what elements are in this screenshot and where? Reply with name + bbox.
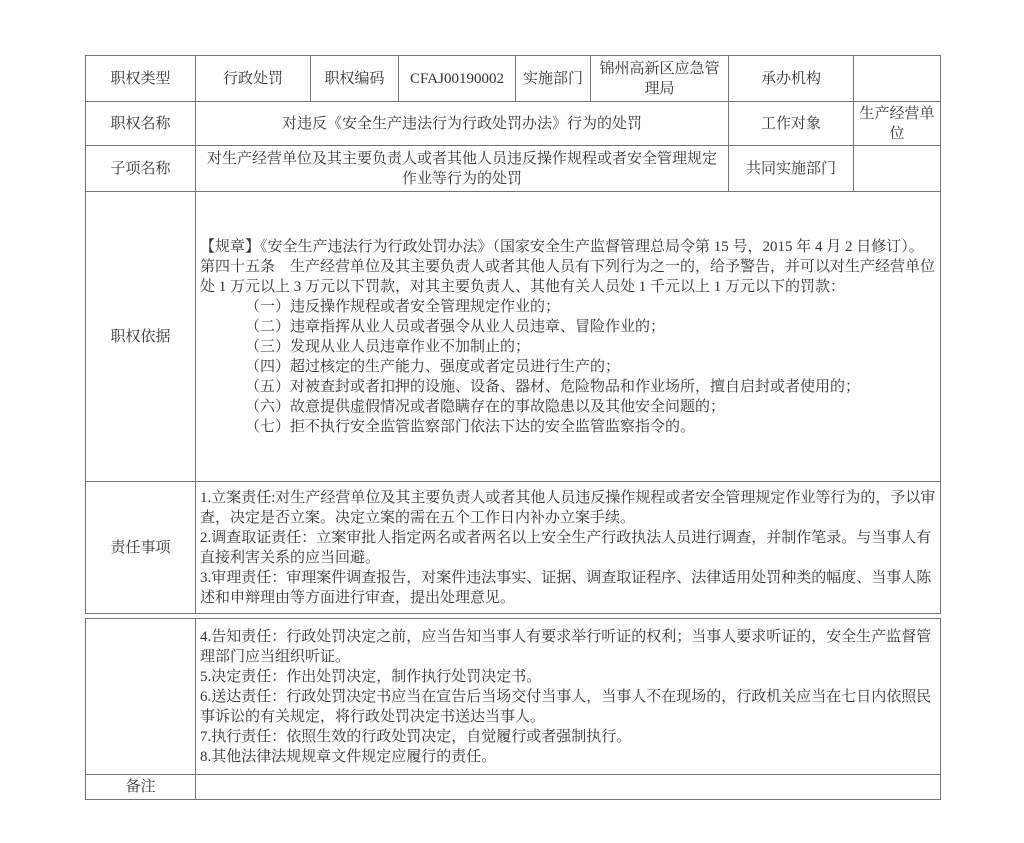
document-page: 职权类型 行政处罚 职权编码 CFAJ00190002 实施部门 锦州高新区应急… xyxy=(85,55,940,800)
legal-basis-clause: （六）故意提供虚假情况或者隐瞒存在的事故隐患以及其他安全问题的； xyxy=(200,397,936,417)
legal-basis-clause: （四）超过核定的生产能力、强度或者定员进行生产的； xyxy=(200,357,936,377)
power-name-value: 对违反《安全生产违法行为行政处罚办法》行为的处罚 xyxy=(196,102,729,146)
power-info-table: 职权类型 行政处罚 职权编码 CFAJ00190002 实施部门 锦州高新区应急… xyxy=(85,55,941,614)
table-row: 备注 xyxy=(86,775,941,800)
power-code-value: CFAJ00190002 xyxy=(399,56,516,102)
duty-item: 8.其他法律法规规章文件规定应履行的责任。 xyxy=(200,747,936,767)
table-row: 职权依据 【规章】《安全生产违法行为行政处罚办法》（国家安全生产监督管理总局令第… xyxy=(86,192,941,482)
duty-item: 6.送达责任：行政处罚决定书应当在宣告后当场交付当事人，当事人不在现场的，行政机… xyxy=(200,687,936,727)
legal-basis-content: 【规章】《安全生产违法行为行政处罚办法》（国家安全生产监督管理总局令第 15 号… xyxy=(196,192,941,482)
duty-items-label: 责任事项 xyxy=(86,482,196,614)
remarks-label: 备注 xyxy=(86,775,196,800)
legal-basis-clause: （一）违反操作规程或者安全管理规定作业的； xyxy=(200,297,936,317)
power-info-table-continued: 4.告知责任：行政处罚决定之前，应当告知当事人有要求举行听证的权利；当事人要求听… xyxy=(85,618,941,800)
undertaking-org-value xyxy=(854,56,941,102)
undertaking-org-label: 承办机构 xyxy=(729,56,854,102)
legal-basis-clause: （三）发现从业人员违章作业不加制止的； xyxy=(200,337,936,357)
legal-basis-clause: （二）违章指挥从业人员或者强令从业人员违章、冒险作业的； xyxy=(200,317,936,337)
power-code-label: 职权编码 xyxy=(311,56,399,102)
power-type-value: 行政处罚 xyxy=(196,56,311,102)
work-object-label: 工作对象 xyxy=(729,102,854,146)
duty-item: 7.执行责任：依照生效的行政处罚决定，自觉履行或者强制执行。 xyxy=(200,727,936,747)
duty-item: 1.立案责任:对生产经营单位及其主要负责人或者其他人员违反操作规程或者安全管理规… xyxy=(200,488,936,528)
duty-items-content: 1.立案责任:对生产经营单位及其主要负责人或者其他人员违反操作规程或者安全管理规… xyxy=(196,482,941,614)
power-name-label: 职权名称 xyxy=(86,102,196,146)
table-row: 职权类型 行政处罚 职权编码 CFAJ00190002 实施部门 锦州高新区应急… xyxy=(86,56,941,102)
duty-items-continued-content: 4.告知责任：行政处罚决定之前，应当告知当事人有要求举行听证的权利；当事人要求听… xyxy=(196,619,941,775)
implementing-dept-value: 锦州高新区应急管理局 xyxy=(591,56,729,102)
duty-item: 5.决定责任：作出处罚决定，制作执行处罚决定书。 xyxy=(200,667,936,687)
table-row: 职权名称 对违反《安全生产违法行为行政处罚办法》行为的处罚 工作对象 生产经营单… xyxy=(86,102,941,146)
table-row: 子项名称 对生产经营单位及其主要负责人或者其他人员违反操作规程或者安全管理规定作… xyxy=(86,146,941,192)
remarks-content xyxy=(196,775,941,800)
legal-basis-label: 职权依据 xyxy=(86,192,196,482)
duty-item: 2.调查取证责任：立案审批人指定两名或者两名以上安全生产行政执法人员进行调查，并… xyxy=(200,528,936,568)
joint-dept-label: 共同实施部门 xyxy=(729,146,854,192)
table-row: 责任事项 1.立案责任:对生产经营单位及其主要负责人或者其他人员违反操作规程或者… xyxy=(86,482,941,614)
implementing-dept-label: 实施部门 xyxy=(516,56,591,102)
work-object-value: 生产经营单位 xyxy=(854,102,941,146)
table-row: 4.告知责任：行政处罚决定之前，应当告知当事人有要求举行听证的权利；当事人要求听… xyxy=(86,619,941,775)
subitem-name-value: 对生产经营单位及其主要负责人或者其他人员违反操作规程或者安全管理规定作业等行为的… xyxy=(196,146,729,192)
joint-dept-value xyxy=(854,146,941,192)
subitem-name-label: 子项名称 xyxy=(86,146,196,192)
legal-basis-paragraph: 第四十五条 生产经营单位及其主要负责人或者其他人员有下列行为之一的，给予警告，并… xyxy=(200,257,936,297)
legal-basis-paragraph: 【规章】《安全生产违法行为行政处罚办法》（国家安全生产监督管理总局令第 15 号… xyxy=(200,237,936,257)
duty-item: 3.审理责任：审理案件调查报告，对案件违法事实、证据、调查取证程序、法律适用处罚… xyxy=(200,568,936,608)
duty-items-label-empty xyxy=(86,619,196,775)
power-type-label: 职权类型 xyxy=(86,56,196,102)
duty-item: 4.告知责任：行政处罚决定之前，应当告知当事人有要求举行听证的权利；当事人要求听… xyxy=(200,627,936,667)
legal-basis-clause: （七）拒不执行安全监管监察部门依法下达的安全监管监察指令的。 xyxy=(200,417,936,437)
legal-basis-clause: （五）对被查封或者扣押的设施、设备、器材、危险物品和作业场所，擅自启封或者使用的… xyxy=(200,377,936,397)
